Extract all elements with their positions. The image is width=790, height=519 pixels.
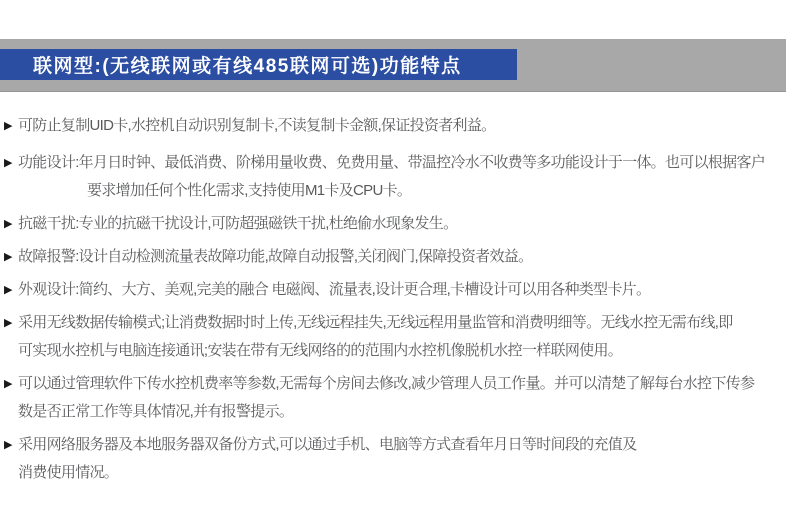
feature-item: ▶可防止复制UID卡,水控机自动识别复制卡,不读复制卡金额,保证投资者利益。: [0, 112, 790, 140]
feature-text: 消费使用情况。: [18, 464, 118, 481]
feature-text: 可以通过管理软件下传水控机费率等参数,无需每个房间去修改,减少管理人员工作量。并…: [18, 375, 754, 392]
triangle-bullet-icon: ▶: [4, 309, 12, 337]
triangle-bullet-icon: ▶: [4, 243, 12, 271]
feature-item: ▶故障报警:设计自动检测流量表故障功能,故障自动报警,关闭阀门,保障投资者效益。: [0, 243, 790, 271]
triangle-bullet-icon: ▶: [4, 210, 12, 238]
feature-text: 采用网络服务器及本地服务器双备份方式,可以通过手机、电脑等方式查看年月日等时间段…: [18, 436, 636, 453]
feature-text: 外观设计:简约、大方、美观,完美的融合 电磁阀、流量表,设计更合理,卡槽设计可以…: [18, 281, 650, 298]
feature-item: ▶可以通过管理软件下传水控机费率等参数,无需每个房间去修改,减少管理人员工作量。…: [0, 370, 790, 426]
header-band: 联网型:(无线联网或有线485联网可选)功能特点: [0, 39, 786, 92]
triangle-bullet-icon: ▶: [4, 431, 12, 459]
feature-text-line: ▶可防止复制UID卡,水控机自动识别复制卡,不读复制卡金额,保证投资者利益。: [0, 112, 790, 140]
feature-text-line: ▶采用网络服务器及本地服务器双备份方式,可以通过手机、电脑等方式查看年月日等时间…: [0, 431, 790, 459]
feature-item: ▶抗磁干扰:专业的抗磁干扰设计,可防超强磁铁干扰,杜绝偷水现象发生。: [0, 210, 790, 238]
triangle-bullet-icon: ▶: [4, 112, 12, 140]
feature-text-line: 消费使用情况。: [0, 459, 790, 487]
feature-list: ▶可防止复制UID卡,水控机自动识别复制卡,不读复制卡金额,保证投资者利益。▶功…: [0, 112, 790, 492]
feature-text-line: ▶功能设计:年月日时钟、最低消费、阶梯用量收费、免费用量、带温控冷水不收费等多功…: [0, 149, 790, 177]
feature-text-line: ▶故障报警:设计自动检测流量表故障功能,故障自动报警,关闭阀门,保障投资者效益。: [0, 243, 790, 271]
feature-text: 故障报警:设计自动检测流量表故障功能,故障自动报警,关闭阀门,保障投资者效益。: [18, 248, 532, 265]
feature-text-line: 要求增加任何个性化需求,支持使用M1卡及CPU卡。: [0, 177, 790, 205]
title-banner: 联网型:(无线联网或有线485联网可选)功能特点: [0, 49, 517, 80]
feature-text-line: 数是否正常工作等具体情况,并有报警提示。: [0, 398, 790, 426]
feature-text: 可实现水控机与电脑连接通讯;安装在带有无线网络的的范围内水控机像脱机水控一样联网…: [18, 342, 622, 359]
feature-text: 功能设计:年月日时钟、最低消费、阶梯用量收费、免费用量、带温控冷水不收费等多功能…: [18, 154, 765, 171]
feature-text-line: 可实现水控机与电脑连接通讯;安装在带有无线网络的的范围内水控机像脱机水控一样联网…: [0, 337, 790, 365]
triangle-bullet-icon: ▶: [4, 370, 12, 398]
feature-item: ▶采用无线数据传输模式;让消费数据时时上传,无线远程挂失,无线远程用量监管和消费…: [0, 309, 790, 365]
feature-text: 要求增加任何个性化需求,支持使用M1卡及CPU卡。: [87, 182, 411, 199]
feature-text: 数是否正常工作等具体情况,并有报警提示。: [18, 403, 293, 420]
triangle-bullet-icon: ▶: [4, 276, 12, 304]
feature-text-line: ▶采用无线数据传输模式;让消费数据时时上传,无线远程挂失,无线远程用量监管和消费…: [0, 309, 790, 337]
feature-text-line: ▶外观设计:简约、大方、美观,完美的融合 电磁阀、流量表,设计更合理,卡槽设计可…: [0, 276, 790, 304]
feature-text-line: ▶抗磁干扰:专业的抗磁干扰设计,可防超强磁铁干扰,杜绝偷水现象发生。: [0, 210, 790, 238]
feature-item: ▶外观设计:简约、大方、美观,完美的融合 电磁阀、流量表,设计更合理,卡槽设计可…: [0, 276, 790, 304]
feature-item: ▶功能设计:年月日时钟、最低消费、阶梯用量收费、免费用量、带温控冷水不收费等多功…: [0, 149, 790, 205]
feature-item: ▶采用网络服务器及本地服务器双备份方式,可以通过手机、电脑等方式查看年月日等时间…: [0, 431, 790, 487]
feature-text: 可防止复制UID卡,水控机自动识别复制卡,不读复制卡金额,保证投资者利益。: [18, 117, 495, 134]
feature-text-line: ▶可以通过管理软件下传水控机费率等参数,无需每个房间去修改,减少管理人员工作量。…: [0, 370, 790, 398]
page-title: 联网型:(无线联网或有线485联网可选)功能特点: [33, 51, 462, 78]
product-feature-page: 联网型:(无线联网或有线485联网可选)功能特点 ▶可防止复制UID卡,水控机自…: [0, 0, 790, 519]
feature-text: 抗磁干扰:专业的抗磁干扰设计,可防超强磁铁干扰,杜绝偷水现象发生。: [18, 215, 457, 232]
feature-text: 采用无线数据传输模式;让消费数据时时上传,无线远程挂失,无线远程用量监管和消费明…: [18, 314, 733, 331]
triangle-bullet-icon: ▶: [4, 149, 12, 177]
